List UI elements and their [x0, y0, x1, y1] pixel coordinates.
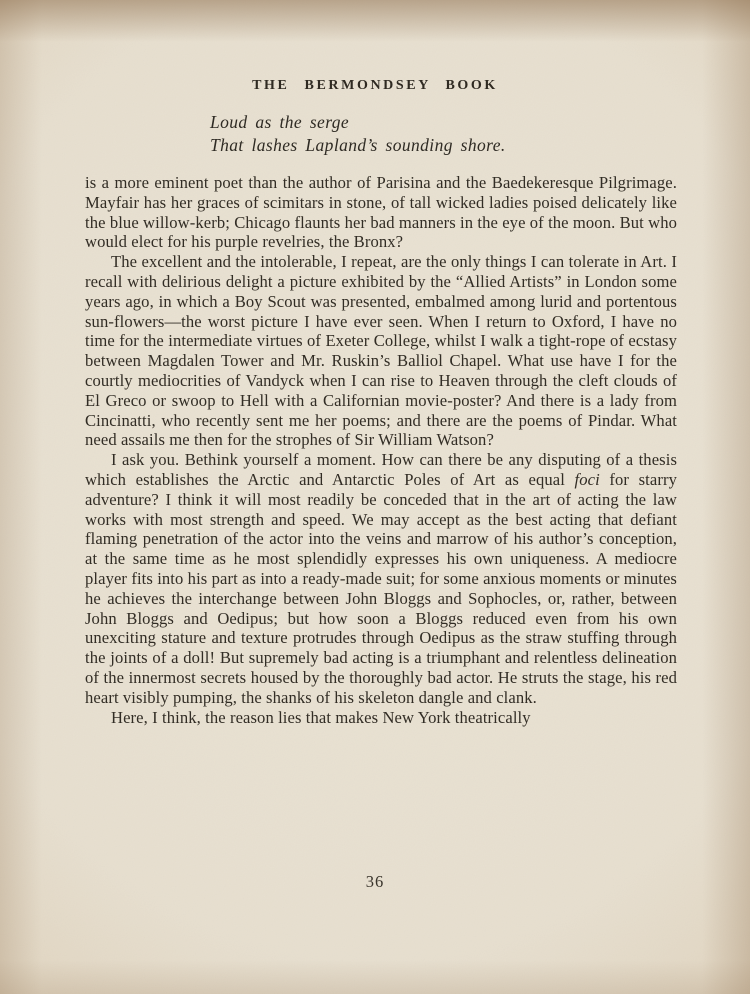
verse-line-2: That lashes Lapland’s sounding shore. [210, 134, 506, 157]
text-segment: The excellent and the intolerable, I rep… [85, 252, 677, 449]
book-page-scan: THE BERMONDSEY BOOK Loud as the serge Th… [0, 0, 750, 994]
running-header: THE BERMONDSEY BOOK [0, 78, 750, 94]
paragraph: The excellent and the intolerable, I rep… [85, 252, 677, 450]
paragraph: Here, I think, the reason lies that make… [85, 708, 677, 728]
paragraph: is a more eminent poet than the author o… [85, 173, 677, 252]
page-number: 36 [0, 872, 750, 892]
body-text: is a more eminent poet than the author o… [85, 173, 677, 727]
text-segment: for starry adventure? I think it will mo… [85, 470, 677, 707]
paragraph: I ask you. Bethink yourself a moment. Ho… [85, 450, 677, 707]
verse-quote: Loud as the serge That lashes Lapland’s … [210, 111, 506, 156]
text-segment: Here, I think, the reason lies that make… [111, 708, 531, 727]
verse-line-1: Loud as the serge [210, 111, 506, 134]
text-segment: is a more eminent poet than the author o… [85, 173, 677, 251]
text-segment: foci [575, 470, 600, 489]
